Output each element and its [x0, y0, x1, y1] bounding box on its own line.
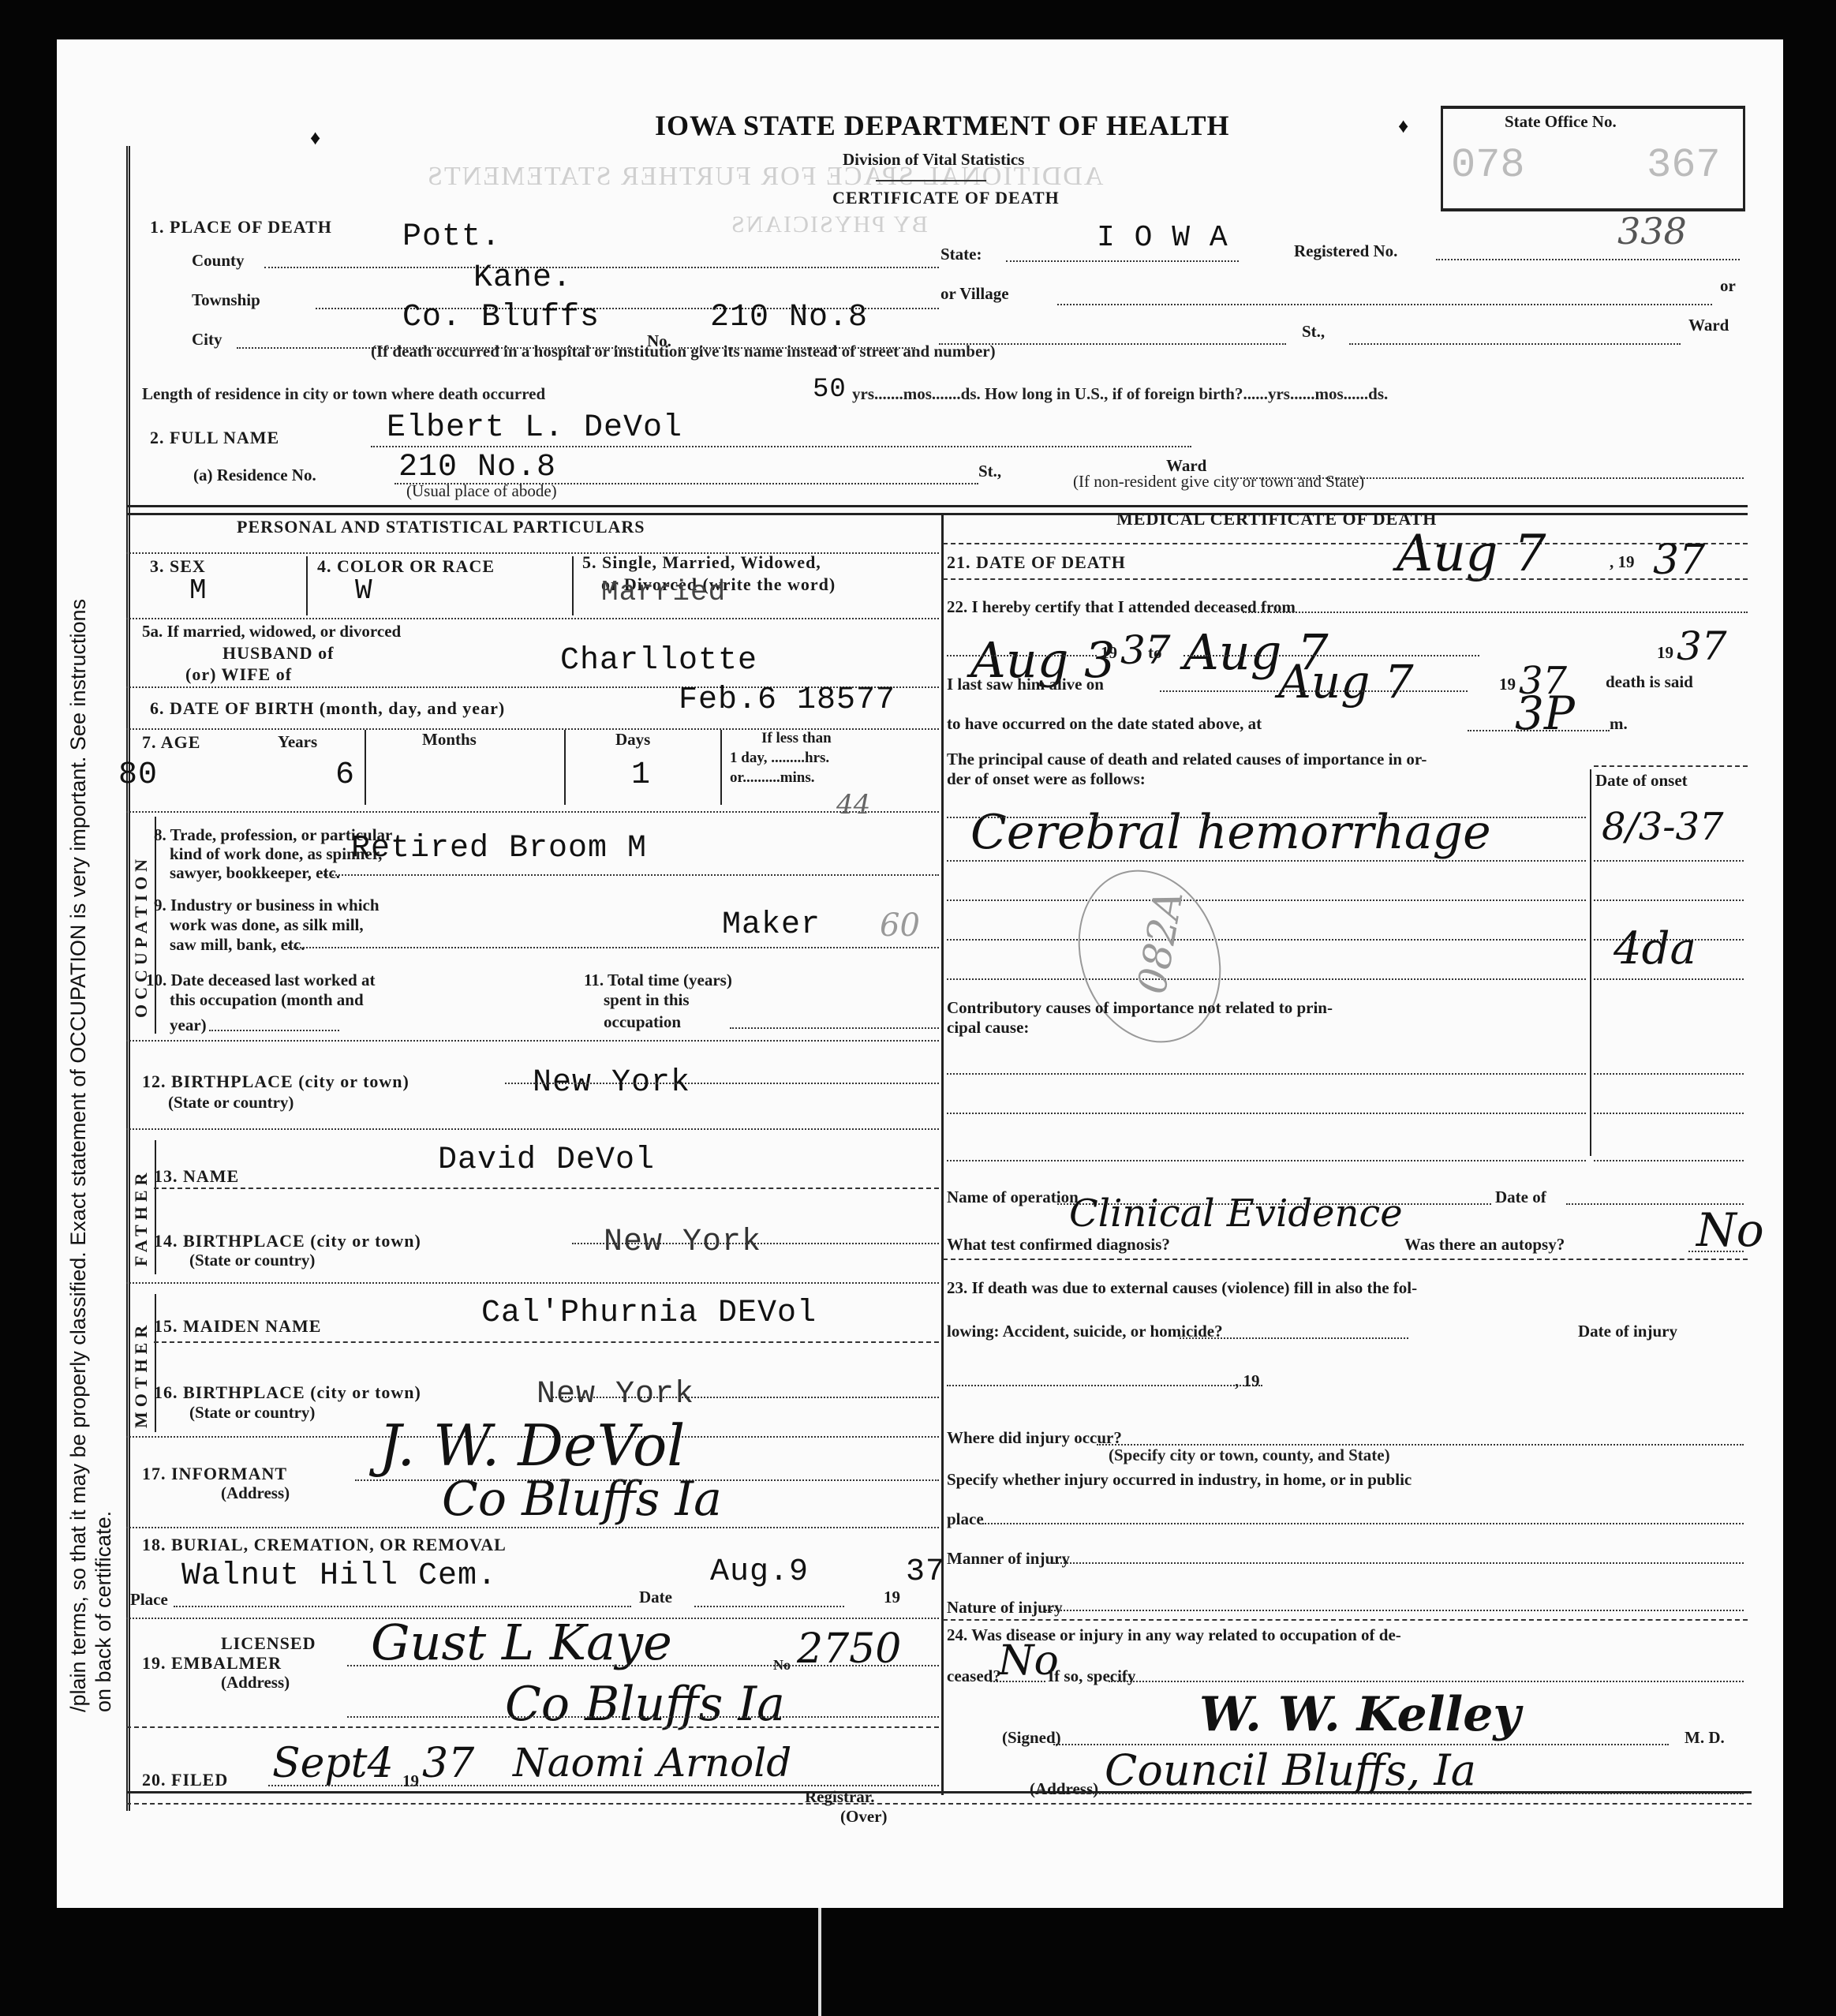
residence-label: (a) Residence No.	[193, 466, 316, 485]
age-months-value: 6	[335, 757, 355, 793]
date-of-death-rule	[943, 578, 1748, 580]
signed-value: W. W. Kelley	[1199, 1687, 1520, 1742]
race-value: W	[355, 574, 373, 607]
total-time-label-2: spent in this	[604, 990, 690, 1010]
father-rule	[126, 1282, 939, 1284]
st-label: St.,	[1302, 322, 1325, 342]
full-name-label: 2. FULL NAME	[150, 428, 279, 448]
age-days-divider	[720, 730, 722, 805]
total-time-label-3: occupation	[604, 1012, 681, 1032]
father-birthplace-label-2: (State or country)	[189, 1251, 315, 1270]
maiden-name-value: Cal'Phurnia DEVol	[481, 1296, 817, 1331]
filed-year-prefix: 19	[402, 1771, 419, 1791]
less-than-day-1: If less than	[761, 730, 832, 747]
township-label: Township	[192, 290, 260, 310]
father-birthplace-label-1: 14. BIRTHPLACE (city or town)	[154, 1231, 421, 1251]
contributory-line-2	[947, 1113, 1586, 1114]
address-label: (Address)	[1030, 1779, 1098, 1799]
to-label: to	[1148, 643, 1162, 663]
state-office-value-left: 078	[1451, 142, 1525, 189]
age-years-value: 80	[118, 757, 158, 793]
birthplace-line	[505, 1083, 939, 1084]
registered-line	[1436, 259, 1740, 260]
county-line	[264, 267, 939, 268]
occurred-line	[1468, 730, 1610, 731]
nature-line	[1045, 1610, 1744, 1611]
occupation-side-rule	[155, 817, 156, 1034]
age-days-label: Days	[615, 730, 650, 750]
occupational-line	[990, 1681, 1045, 1682]
contributory-onset-line-2	[1594, 1113, 1744, 1114]
trade-value: Retired Broom M	[351, 831, 647, 866]
residence-length-suffix: yrs.......mos.......ds. How long in U.S.…	[852, 384, 1388, 404]
burial-place-line	[174, 1606, 631, 1607]
date-of-death-value: Aug 7	[1397, 525, 1546, 583]
mother-birthplace-label-2: (State or country)	[189, 1403, 315, 1423]
contributory-onset-line-3	[1594, 1160, 1744, 1161]
address-line	[1081, 1793, 1744, 1794]
date-of-death-label: 21. DATE OF DEATH	[947, 552, 1126, 573]
industry-line	[288, 947, 939, 948]
last-saw-value: Aug 7	[1278, 655, 1414, 709]
onset-line-4	[1594, 978, 1744, 980]
filed-date: Sept4	[272, 1740, 394, 1787]
cause-line-2	[947, 860, 1586, 862]
cause-line-3	[947, 900, 1586, 901]
last-saw-line	[1160, 690, 1468, 692]
pin-mark-left: ♦	[310, 126, 320, 150]
state-office-label: State Office No.	[1505, 112, 1617, 132]
place-of-death-label: 1. PLACE OF DEATH	[150, 217, 332, 238]
contributory-onset-line-1	[1594, 1073, 1744, 1075]
ward-line	[1349, 343, 1681, 345]
onset-date: 8/3-37	[1602, 805, 1724, 849]
state-value: I O W A	[1097, 221, 1228, 255]
burial-label: 18. BURIAL, CREMATION, OR REMOVAL	[142, 1535, 507, 1555]
embalmer-name: Gust L Kaye	[371, 1614, 672, 1671]
industry-value: Maker	[722, 907, 821, 943]
burial-place-label: Place	[130, 1590, 168, 1610]
manner-line	[1053, 1562, 1744, 1564]
residence-st-label: St.,	[978, 462, 1001, 481]
father-name-label: 13. NAME	[154, 1166, 239, 1187]
contributory-line-3	[947, 1160, 1586, 1161]
embalmer-line	[347, 1665, 939, 1666]
county-value: Pott.	[402, 219, 501, 255]
embalmer-address: Co Bluffs Ia	[505, 1677, 785, 1732]
form-border-left	[126, 146, 130, 1811]
less-than-day-3: or..........mins.	[730, 769, 815, 787]
nature-rule	[943, 1619, 1748, 1621]
ward-label: Ward	[1688, 316, 1729, 335]
residence-length-years: 50	[813, 375, 847, 405]
division-label: Division of Vital Statistics	[843, 150, 1024, 170]
duration: 4da	[1614, 923, 1696, 974]
age-years-divider	[365, 730, 366, 805]
autopsy-label: Was there an autopsy?	[1404, 1235, 1565, 1255]
injury-date-label: Date of injury	[1578, 1322, 1677, 1341]
where-note: (Specify city or town, county, and State…	[1109, 1446, 1390, 1465]
nonresident-note: (If non-resident give city or town and S…	[1073, 472, 1364, 492]
filed-line	[268, 1785, 939, 1786]
informant-name: J. W. DeVol	[379, 1412, 685, 1479]
ghost-text-through-2: BY PHYSICIANS	[730, 211, 928, 238]
spouse-label-1: 5a. If married, widowed, or divorced	[142, 622, 401, 641]
birthplace-rule	[126, 1128, 939, 1130]
registrar-label: Registrar.	[805, 1787, 874, 1807]
county-label: County	[192, 251, 245, 271]
last-worked-label-1: 10. Date deceased last worked at	[146, 971, 375, 990]
pin-mark-right: ♦	[1398, 114, 1408, 138]
date-of-death-year-prefix: , 19	[1610, 552, 1635, 572]
onset-divider	[1590, 769, 1591, 1156]
father-birthplace-line	[572, 1243, 939, 1244]
external-line	[1180, 1337, 1408, 1339]
onset-line-2	[1594, 900, 1744, 901]
state-office-value-right: 367	[1647, 142, 1721, 189]
industry-label-1: 9. Industry or business in which	[154, 896, 380, 915]
age-months-label: Months	[422, 730, 477, 750]
trade-label-3: sawyer, bookkeeper, etc.	[170, 863, 340, 883]
mother-birthplace-value: New York	[537, 1377, 694, 1412]
birthplace-label-1: 12. BIRTHPLACE (city or town)	[142, 1072, 409, 1092]
filed-label: 20. FILED	[142, 1770, 228, 1790]
cause-line-1	[947, 817, 1586, 818]
signed-label: (Signed)	[1002, 1728, 1061, 1748]
less-than-day-2: 1 day, .........hrs.	[730, 750, 829, 767]
full-name-value: Elbert L. DeVol	[387, 410, 682, 446]
age-years-label: Years	[278, 732, 317, 752]
informant-line	[355, 1479, 939, 1481]
autopsy-rule	[943, 1259, 1748, 1260]
margin-instructions: /plain terms, so that it may be properly…	[66, 166, 91, 1712]
informant-rule	[126, 1527, 939, 1528]
contributory-line-1	[947, 1073, 1586, 1075]
cause-intro-2: der of onset were as follows:	[947, 769, 1146, 789]
contributory-label-1: Contributory causes of importance not re…	[947, 998, 1333, 1018]
test-label: What test confirmed diagnosis?	[947, 1235, 1170, 1255]
city-value: Co. Bluffs	[402, 300, 600, 335]
injury-date-line	[947, 1385, 1262, 1386]
spouse-label-3: (or) WIFE of	[185, 664, 292, 685]
last-saw-label: I last saw him alive on	[947, 675, 1104, 694]
age-label: 7. AGE	[142, 732, 200, 753]
race-divider	[572, 556, 574, 615]
total-time-label-1: 11. Total time (years)	[584, 971, 732, 990]
embalmer-address-label: (Address)	[221, 1673, 290, 1692]
informant-address-label: (Address)	[221, 1483, 290, 1503]
burial-date-label: Date	[639, 1588, 672, 1607]
mother-birthplace-label-1: 16. BIRTHPLACE (city or town)	[154, 1382, 421, 1403]
test-value: Clinical Evidence	[1069, 1191, 1403, 1236]
burial-date-line	[694, 1606, 844, 1607]
last-worked-label-2: this occupation (month and	[170, 990, 364, 1010]
age-days-value: 1	[631, 757, 651, 793]
md-label: M. D.	[1685, 1728, 1725, 1748]
dob-value: Feb.6 18577	[679, 683, 896, 718]
attended-from-year-prefix: 19	[1101, 643, 1117, 663]
marital-label-1: 5. Single, Married, Widowed,	[582, 552, 821, 573]
form-title: CERTIFICATE OF DEATH	[832, 188, 1060, 208]
total-time-line	[730, 1027, 939, 1029]
street-no-value: 210 No.8	[710, 300, 868, 335]
father-name-value: David DeVol	[438, 1143, 655, 1178]
external-label-1: 23. If death was due to external causes …	[947, 1278, 1417, 1298]
township-value: Kane.	[473, 260, 572, 296]
specify-label: Specify whether injury occurred in indus…	[947, 1470, 1412, 1490]
trade-line	[323, 874, 939, 876]
industry-code: 60	[880, 907, 920, 944]
burial-place-value: Walnut Hill Cem.	[181, 1558, 497, 1594]
death-said-label: death is said	[1606, 672, 1693, 692]
injury-year-prefix: , 19	[1235, 1371, 1260, 1391]
mother-side-rule	[155, 1294, 156, 1432]
mother-birthplace-line	[552, 1397, 939, 1398]
attended-from-line-top	[1243, 612, 1748, 613]
last-worked-line	[209, 1030, 339, 1031]
age-rule	[126, 811, 939, 813]
village-label: or Village	[940, 284, 1009, 304]
registered-no-value: 338	[1617, 210, 1687, 252]
attended-from-line	[947, 655, 1097, 656]
full-name-line	[371, 446, 1191, 447]
place-line	[982, 1523, 1744, 1524]
burial-year-prefix: 19	[884, 1588, 900, 1607]
attended-label: 22. I hereby certify that I attended dec…	[947, 597, 1296, 617]
residence-length-label: Length of residence in city or town wher…	[142, 384, 545, 404]
marital-value: Married	[601, 576, 726, 608]
cause-line-4	[947, 939, 1586, 941]
cause-line-5	[947, 978, 1586, 980]
where-label: Where did injury occur?	[947, 1428, 1122, 1448]
autopsy-value: No	[1696, 1203, 1764, 1257]
if-so-line	[1109, 1681, 1744, 1682]
place-label: place	[947, 1509, 984, 1529]
mother-side-label: MOTHER	[131, 1302, 151, 1428]
abode-note: (Usual place of abode)	[406, 481, 557, 501]
state-label: State:	[940, 245, 982, 264]
m-label: m.	[1610, 714, 1628, 734]
onset-header: Date of onset	[1595, 771, 1688, 791]
attended-from-year: 37	[1120, 627, 1171, 673]
last-saw-year-prefix: 19	[1499, 675, 1516, 694]
over-label: (Over)	[840, 1807, 887, 1827]
embalmer-rule	[126, 1726, 939, 1728]
trade-label-2: kind of work done, as spinner,	[170, 844, 382, 864]
burial-date-value: Aug.9	[710, 1554, 809, 1590]
medical-section-title: MEDICAL CERTIFICATE OF DEATH	[1116, 509, 1437, 529]
state-office-box: State Office No. 078 367	[1441, 106, 1745, 211]
trade-code: 44	[836, 789, 870, 821]
contributory-label-2: cipal cause:	[947, 1018, 1029, 1038]
father-side-rule	[155, 1140, 156, 1274]
embalmer-label-1: LICENSED	[221, 1633, 316, 1654]
onset-line-1	[1594, 860, 1744, 862]
section-rule	[126, 505, 1748, 507]
occupational-label-2: ceased?	[947, 1666, 1001, 1686]
marital-rule	[126, 618, 939, 619]
maiden-name-line	[154, 1341, 939, 1343]
last-worked-label-3: year)	[170, 1015, 207, 1035]
manner-label: Manner of injury	[947, 1549, 1070, 1569]
occurred-time: 3P	[1515, 686, 1575, 740]
state-line	[1006, 260, 1239, 262]
if-so-label: If so, specify	[1048, 1666, 1135, 1686]
birthplace-label-2: (State or country)	[168, 1093, 294, 1113]
margin-instructions-2: on back of certificate.	[92, 1444, 116, 1712]
principal-cause: Cerebral hemorrhage	[970, 805, 1491, 860]
maiden-name-label: 15. MAIDEN NAME	[154, 1316, 321, 1337]
burial-year-value: 37	[906, 1554, 945, 1590]
medical-title-rule	[943, 543, 1748, 544]
father-name-line	[154, 1188, 939, 1189]
filed-year: 37	[422, 1740, 474, 1787]
onset-header-rule	[1594, 765, 1748, 767]
age-months-divider	[564, 730, 566, 805]
spouse-label-2: HUSBAND of	[222, 643, 334, 664]
registrar-name: Naomi Arnold	[513, 1740, 791, 1786]
signature-address: Council Bluffs, Ia	[1105, 1745, 1476, 1795]
father-side-label: FATHER	[131, 1152, 151, 1266]
page-title: IOWA STATE DEPARTMENT OF HEALTH	[655, 109, 1230, 142]
section-rule-2	[126, 513, 1748, 515]
or-label: or	[1720, 276, 1736, 296]
sex-value: M	[189, 574, 208, 607]
embalmer-address-line	[347, 1716, 939, 1718]
scan-streak	[818, 1908, 821, 2016]
race-label: 4. COLOR OR RACE	[317, 556, 495, 577]
residence-value: 210 No.8	[398, 450, 556, 485]
embalmer-label-2: 19. EMBALMER	[142, 1653, 282, 1674]
industry-label-3: saw mill, bank, etc.	[170, 935, 305, 955]
column-divider	[941, 513, 944, 1795]
spouse-value: Charllotte	[560, 643, 757, 679]
date-of-death-year: 37	[1653, 537, 1705, 584]
sex-divider	[306, 556, 308, 615]
attended-to-year-prefix: 19	[1657, 643, 1673, 663]
cause-intro-1: The principal cause of death and related…	[947, 750, 1427, 769]
hospital-note: (If death occurred in a hospital or inst…	[371, 342, 996, 361]
city-label: City	[192, 330, 222, 350]
industry-label-2: work was done, as silk mill,	[170, 915, 364, 935]
personal-section-title: PERSONAL AND STATISTICAL PARTICULARS	[237, 517, 645, 537]
form-bottom-rule-2	[126, 1803, 1752, 1805]
registered-no-label: Registered No.	[1294, 241, 1397, 261]
informant-label: 17. INFORMANT	[142, 1464, 287, 1484]
autopsy-line	[1688, 1251, 1744, 1252]
division-rule	[876, 180, 986, 181]
occupation-rule	[126, 1040, 939, 1042]
occurred-label: to have occurred on the date stated abov…	[947, 714, 1262, 734]
operation-date-label: Date of	[1495, 1188, 1546, 1207]
village-line	[1057, 304, 1712, 305]
attended-to-year: 37	[1677, 623, 1727, 669]
nature-label: Nature of injury	[947, 1598, 1063, 1618]
dob-label: 6. DATE OF BIRTH (month, day, and year)	[150, 698, 505, 719]
